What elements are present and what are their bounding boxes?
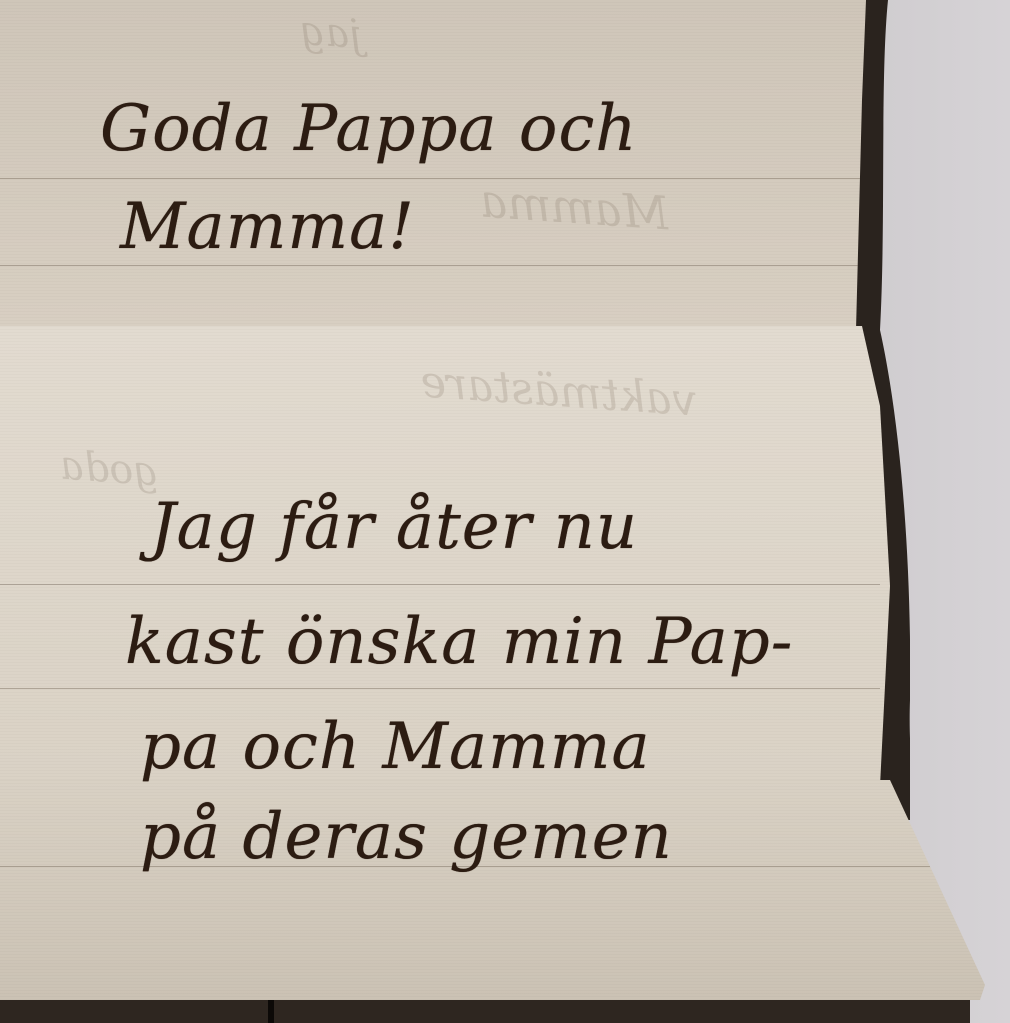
greeting-line-2: Mamma!	[120, 190, 415, 264]
bleed-through-text: vaktmästare	[419, 356, 699, 426]
bleed-through-text: jag	[298, 8, 363, 58]
ruled-line	[0, 265, 866, 266]
letter-paper: jag Mamma vaktmästare goda Goda Pappa oc…	[0, 0, 1010, 1000]
bleed-through-text: Mamma	[478, 173, 671, 240]
body-line-3: pa och Mamma	[140, 710, 651, 784]
bleed-through-text: goda	[59, 443, 161, 496]
body-line-2: kast önska min Pap-	[125, 605, 793, 679]
greeting-line-1: Goda Pappa och	[100, 92, 638, 166]
ruled-line	[0, 688, 880, 689]
body-line-1: Jag får åter nu	[150, 490, 638, 564]
ruled-line	[0, 178, 866, 179]
ruled-line	[0, 584, 880, 585]
body-line-4: på deras gemen	[140, 800, 673, 874]
